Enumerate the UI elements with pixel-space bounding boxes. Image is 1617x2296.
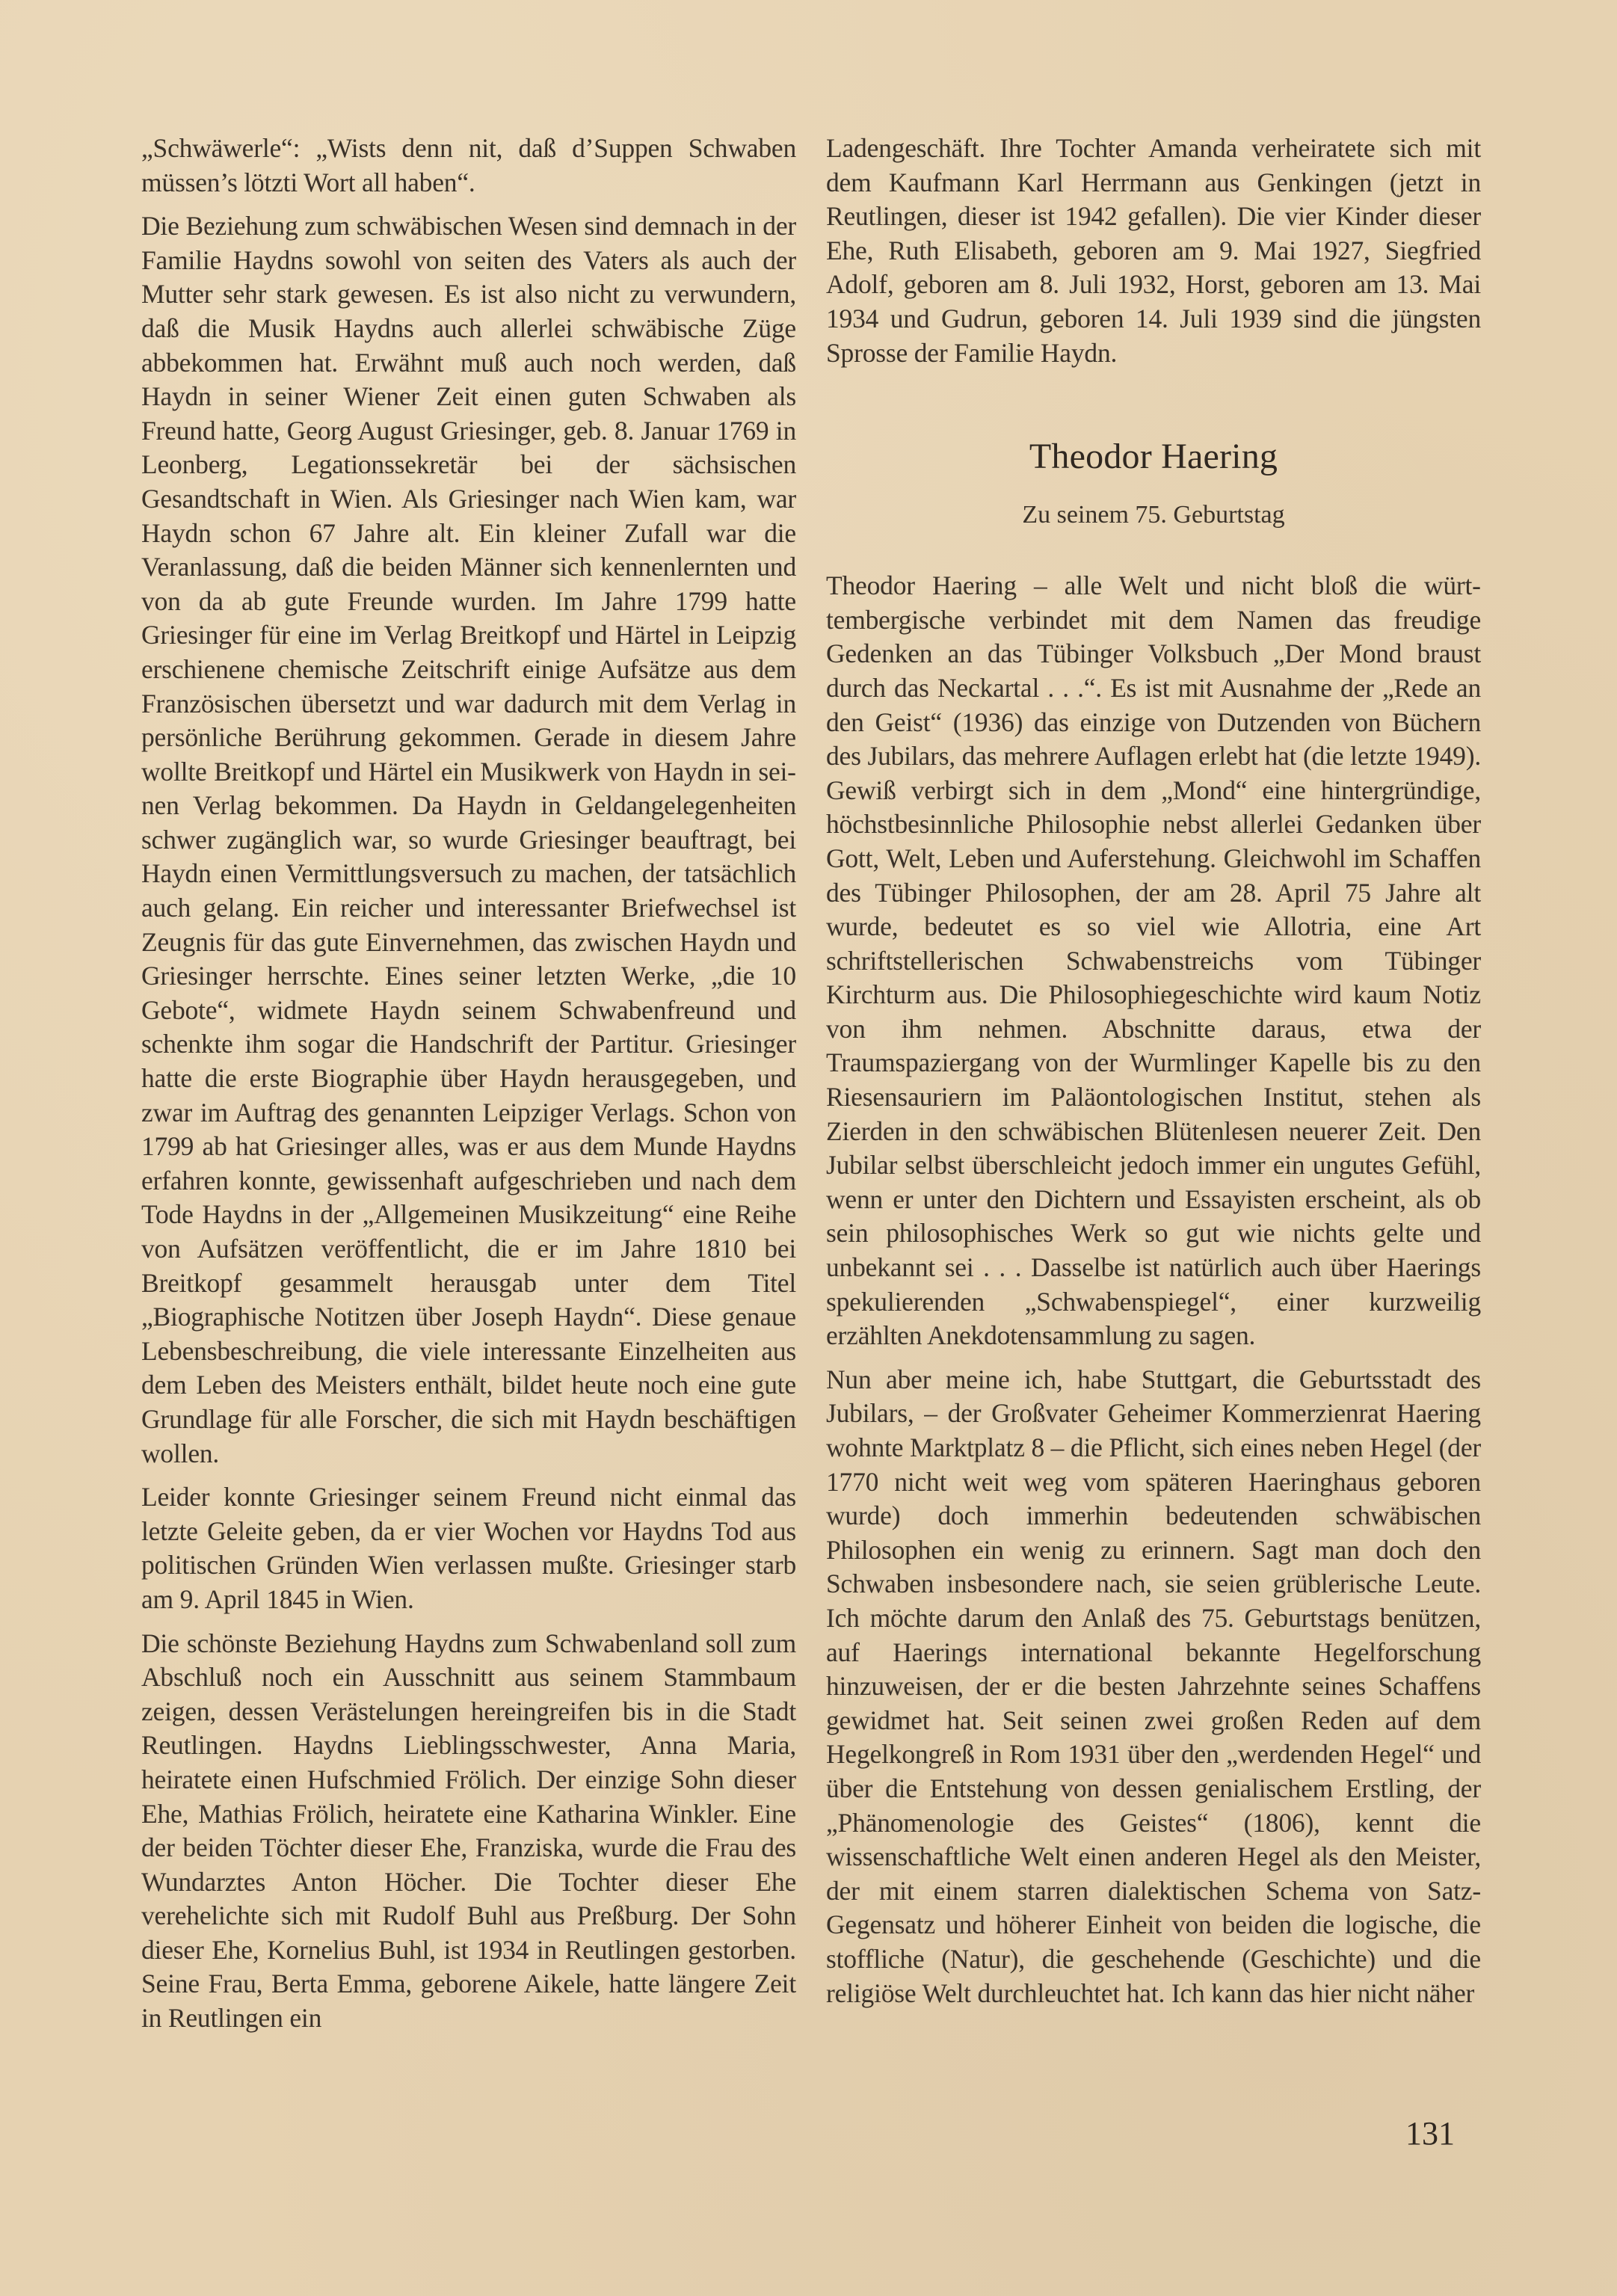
article-heading: Theodor Haering Zu seinem 75. Geburtstag [826, 434, 1481, 532]
paragraph: Die Beziehung zum schwäbischen Wesen sin… [141, 209, 796, 1471]
paragraph: Die schönste Beziehung Haydns zum Schwab… [141, 1627, 796, 2036]
paragraph: Theodor Haering – alle Welt und nicht bl… [826, 569, 1481, 1353]
paragraph: Nun aber meine ich, habe Stuttgart, die … [826, 1363, 1481, 2010]
continuation-paragraph: Ladengeschäft. Ihre Tochter Amanda verhe… [826, 132, 1481, 370]
paragraph: Leider konnte Griesinger seinem Freund n… [141, 1480, 796, 1616]
book-page: „Schwäwerle“: „Wists denn nit, daß d’Sup… [0, 0, 1617, 2296]
right-column: Ladengeschäft. Ihre Tochter Amanda verhe… [826, 132, 1481, 2020]
page-number: 131 [1405, 2114, 1455, 2153]
article-subtitle: Zu seinem 75. Geburtstag [826, 499, 1481, 532]
article-title: Theodor Haering [826, 434, 1481, 479]
paragraph: „Schwäwerle“: „Wists denn nit, daß d’Sup… [141, 132, 796, 200]
left-column: „Schwäwerle“: „Wists denn nit, daß d’Sup… [141, 132, 796, 2046]
article-body: Theodor Haering – alle Welt und nicht bl… [826, 569, 1481, 2010]
